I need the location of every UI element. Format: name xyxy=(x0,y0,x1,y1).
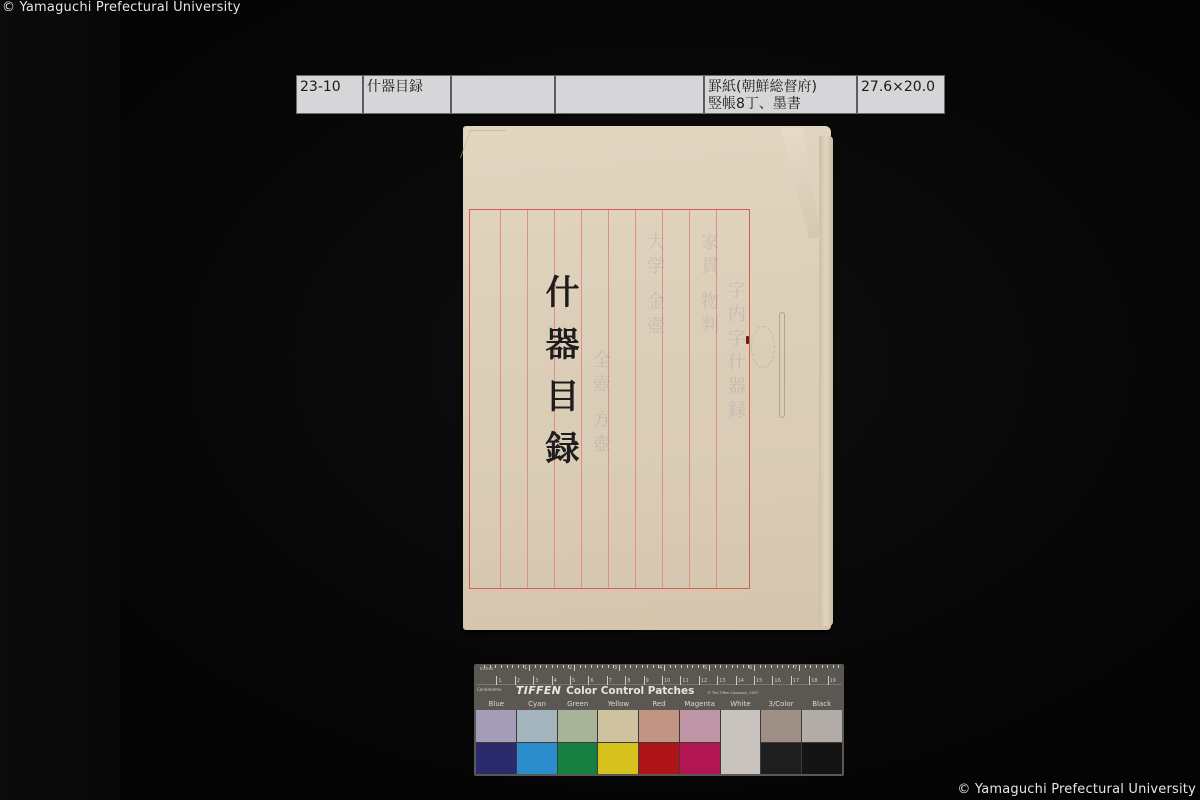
ruler-minor-tick xyxy=(540,665,541,668)
ruler-minor-tick xyxy=(805,665,806,668)
ruler-minor-tick xyxy=(630,665,631,668)
label-cell-material: 罫紙(朝鮮総督府) 竪帳8丁、墨書 xyxy=(705,76,858,113)
color-patch-yellow-light xyxy=(598,710,638,742)
label-cell-dimensions: 27.6×20.0 xyxy=(858,76,944,113)
catalog-label-table: 23-10 什器目録 罫紙(朝鮮総督府) 竪帳8丁、墨書 27.6×20.0 xyxy=(296,75,945,114)
ruler-minor-tick xyxy=(484,665,485,668)
chart-brand-row: TIFFEN Color Control Patches © The Tiffe… xyxy=(516,684,758,700)
ruler-cm-tick xyxy=(828,676,829,685)
patch-label-cyan: Cyan xyxy=(517,700,558,710)
faint-stamp xyxy=(751,326,775,368)
ruler-minor-tick xyxy=(591,665,592,668)
ruler-minor-tick xyxy=(490,665,491,668)
label-material-line-2: 竪帳8丁、墨書 xyxy=(708,96,853,113)
label-material-line-1: 罫紙(朝鮮総督府) xyxy=(708,79,853,96)
color-patch-blue-dark xyxy=(476,743,516,775)
color-patch-green-light xyxy=(558,710,598,742)
ruler-cm-number: 19 xyxy=(830,678,836,684)
ruler-minor-tick xyxy=(788,665,789,668)
ruler-minor-tick xyxy=(675,665,676,668)
ruler-cm-number: 18 xyxy=(811,678,817,684)
ruler-minor-tick xyxy=(754,665,755,668)
patch-label-red: Red xyxy=(639,700,680,710)
bleed-through-text: 家貫 物判 xyxy=(695,232,721,340)
ruler-minor-tick xyxy=(535,665,536,668)
color-patch-white-light xyxy=(721,710,761,774)
chart-copyright: © The Tiffen Company, 2007 xyxy=(707,691,758,695)
ruler-minor-tick xyxy=(501,665,502,668)
ruler-minor-tick xyxy=(495,665,496,668)
bleed-through-text: 全壺 方壺 xyxy=(587,350,613,458)
label-cell-title: 什器目録 xyxy=(364,76,452,113)
color-patch-red-dark xyxy=(639,743,679,775)
background-left-panel xyxy=(0,0,120,800)
ruler-minor-tick xyxy=(793,665,794,668)
ruler-cm-number: 1 xyxy=(498,678,501,684)
ruler-minor-tick xyxy=(743,665,744,668)
ruler-minor-tick xyxy=(642,665,643,668)
ruler-minor-tick xyxy=(602,665,603,668)
color-patch-yellow-dark xyxy=(598,743,638,775)
ruler-minor-tick xyxy=(512,665,513,668)
watermark-top-left: © Yamaguchi Prefectural University xyxy=(2,0,241,15)
ruler-cm-tick xyxy=(791,676,792,685)
color-patch-green-dark xyxy=(558,743,598,775)
ruler-inch-number: 7 xyxy=(794,665,797,671)
label-cell-empty-1 xyxy=(452,76,556,113)
color-patch-3color-dark xyxy=(761,743,801,775)
ruler-minor-tick xyxy=(546,665,547,668)
ruler-centimetres-label: Centimetres xyxy=(477,687,502,692)
label-cell-id: 23-10 xyxy=(297,76,364,113)
binding-string xyxy=(779,312,785,418)
color-patches-grid xyxy=(476,710,842,774)
ruler-minor-tick xyxy=(647,665,648,668)
ruler-minor-tick xyxy=(636,665,637,668)
ruler-minor-tick xyxy=(765,665,766,668)
ruled-line xyxy=(527,210,528,588)
color-patch-black-dark xyxy=(802,743,842,775)
ruler-minor-tick xyxy=(715,665,716,668)
ruler-minor-tick xyxy=(816,665,817,668)
ruler-minor-tick xyxy=(799,665,800,668)
patch-label-3color: 3/Color xyxy=(761,700,802,710)
ruler-minor-tick xyxy=(782,665,783,668)
ruled-line xyxy=(635,210,636,588)
ruler-minor-tick xyxy=(625,665,626,668)
ruler-minor-tick xyxy=(568,665,569,668)
patch-label-green: Green xyxy=(557,700,598,710)
color-patch-cyan-dark xyxy=(517,743,557,775)
ruler-inch-number: 4 xyxy=(659,665,662,671)
label-cell-empty-2 xyxy=(556,76,705,113)
ruler-minor-tick xyxy=(518,665,519,668)
ruler-inches-label: Inches xyxy=(480,666,493,671)
ruler-minor-tick xyxy=(703,665,704,668)
booklet-page-edges xyxy=(819,136,833,626)
ruler-minor-tick xyxy=(580,665,581,668)
ruler-minor-tick xyxy=(771,665,772,668)
patch-label-yellow: Yellow xyxy=(598,700,639,710)
ruler-minor-tick xyxy=(822,665,823,668)
ruler-minor-tick xyxy=(777,665,778,668)
ruler-minor-tick xyxy=(709,665,710,668)
ruler-minor-tick xyxy=(748,665,749,668)
document-title-calligraphy: 什器目録 xyxy=(535,274,584,482)
ruler-cm-number: 17 xyxy=(793,678,799,684)
ruler-minor-tick xyxy=(726,665,727,668)
ruler-cm-number: 16 xyxy=(774,678,780,684)
ruler-inch-number: 2 xyxy=(569,665,572,671)
document-booklet: 字内字什器録 家貫 物判 大学 金壺 全壺 方壺 什器目録 xyxy=(463,126,831,630)
corner-fold-top-left xyxy=(460,130,506,158)
ruler-minor-tick xyxy=(827,665,828,668)
ruled-paper-frame: 字内字什器録 家貫 物判 大学 金壺 全壺 方壺 xyxy=(469,209,750,589)
ruler-cm-tick xyxy=(772,676,773,685)
ruler-minor-tick xyxy=(597,665,598,668)
ruler-inch-number: 3 xyxy=(614,665,617,671)
patch-label-white: White xyxy=(720,700,761,710)
ruler-inch-number: 1 xyxy=(524,665,527,671)
ruled-line xyxy=(689,210,690,588)
patch-label-black: Black xyxy=(801,700,842,710)
ruler-minor-tick xyxy=(552,665,553,668)
ruler-minor-tick xyxy=(687,665,688,668)
watermark-bottom-right: © Yamaguchi Prefectural University xyxy=(957,782,1196,797)
color-patch-magenta-light xyxy=(680,710,720,742)
ruler-minor-tick xyxy=(619,665,620,668)
ruler-inch-number: 5 xyxy=(704,665,707,671)
chart-title: Color Control Patches xyxy=(566,685,694,697)
tiffen-logo: TIFFEN xyxy=(516,684,561,697)
ruler-inch-number: 6 xyxy=(749,665,752,671)
tiffen-color-chart: Inches 123456712345678910111213141516171… xyxy=(474,664,844,776)
ruler-minor-tick xyxy=(838,665,839,668)
patch-label-blue: Blue xyxy=(476,700,517,710)
ruler-minor-tick xyxy=(760,665,761,668)
ruler-minor-tick xyxy=(563,665,564,668)
ruler-minor-tick xyxy=(810,665,811,668)
ruler-minor-tick xyxy=(608,665,609,668)
ruler-cm-tick xyxy=(809,676,810,685)
ruler-cm-tick xyxy=(496,676,497,685)
ruler-minor-tick xyxy=(698,665,699,668)
ruler-minor-tick xyxy=(507,665,508,668)
color-patch-blue-light xyxy=(476,710,516,742)
binding-hole-mark xyxy=(746,336,749,344)
ruler-minor-tick xyxy=(720,665,721,668)
color-patch-black-light xyxy=(802,710,842,742)
ruled-line xyxy=(500,210,501,588)
ruler: Inches 123456712345678910111213141516171… xyxy=(476,665,842,685)
bleed-through-text: 字内字什器録 xyxy=(722,280,748,424)
ruler-minor-tick xyxy=(585,665,586,668)
color-patch-red-light xyxy=(639,710,679,742)
color-patch-cyan-light xyxy=(517,710,557,742)
ruler-minor-tick xyxy=(681,665,682,668)
ruler-minor-tick xyxy=(670,665,671,668)
color-patch-3color-light xyxy=(761,710,801,742)
ruler-minor-tick xyxy=(692,665,693,668)
ruler-minor-tick xyxy=(737,665,738,668)
bleed-through-text: 大学 金壺 xyxy=(641,232,667,340)
patch-labels: Blue Cyan Green Yellow Red Magenta White… xyxy=(476,700,842,710)
ruler-minor-tick xyxy=(523,665,524,668)
ruler-minor-tick xyxy=(613,665,614,668)
ruler-minor-tick xyxy=(664,665,665,668)
ruler-minor-tick xyxy=(833,665,834,668)
corner-fold-top-right xyxy=(781,128,821,238)
ruler-minor-tick xyxy=(557,665,558,668)
patch-label-magenta: Magenta xyxy=(679,700,720,710)
ruler-minor-tick xyxy=(574,665,575,668)
ruler-minor-tick xyxy=(732,665,733,668)
color-patch-magenta-dark xyxy=(680,743,720,775)
ruler-minor-tick xyxy=(658,665,659,668)
ruler-minor-tick xyxy=(529,665,530,668)
ruler-minor-tick xyxy=(653,665,654,668)
